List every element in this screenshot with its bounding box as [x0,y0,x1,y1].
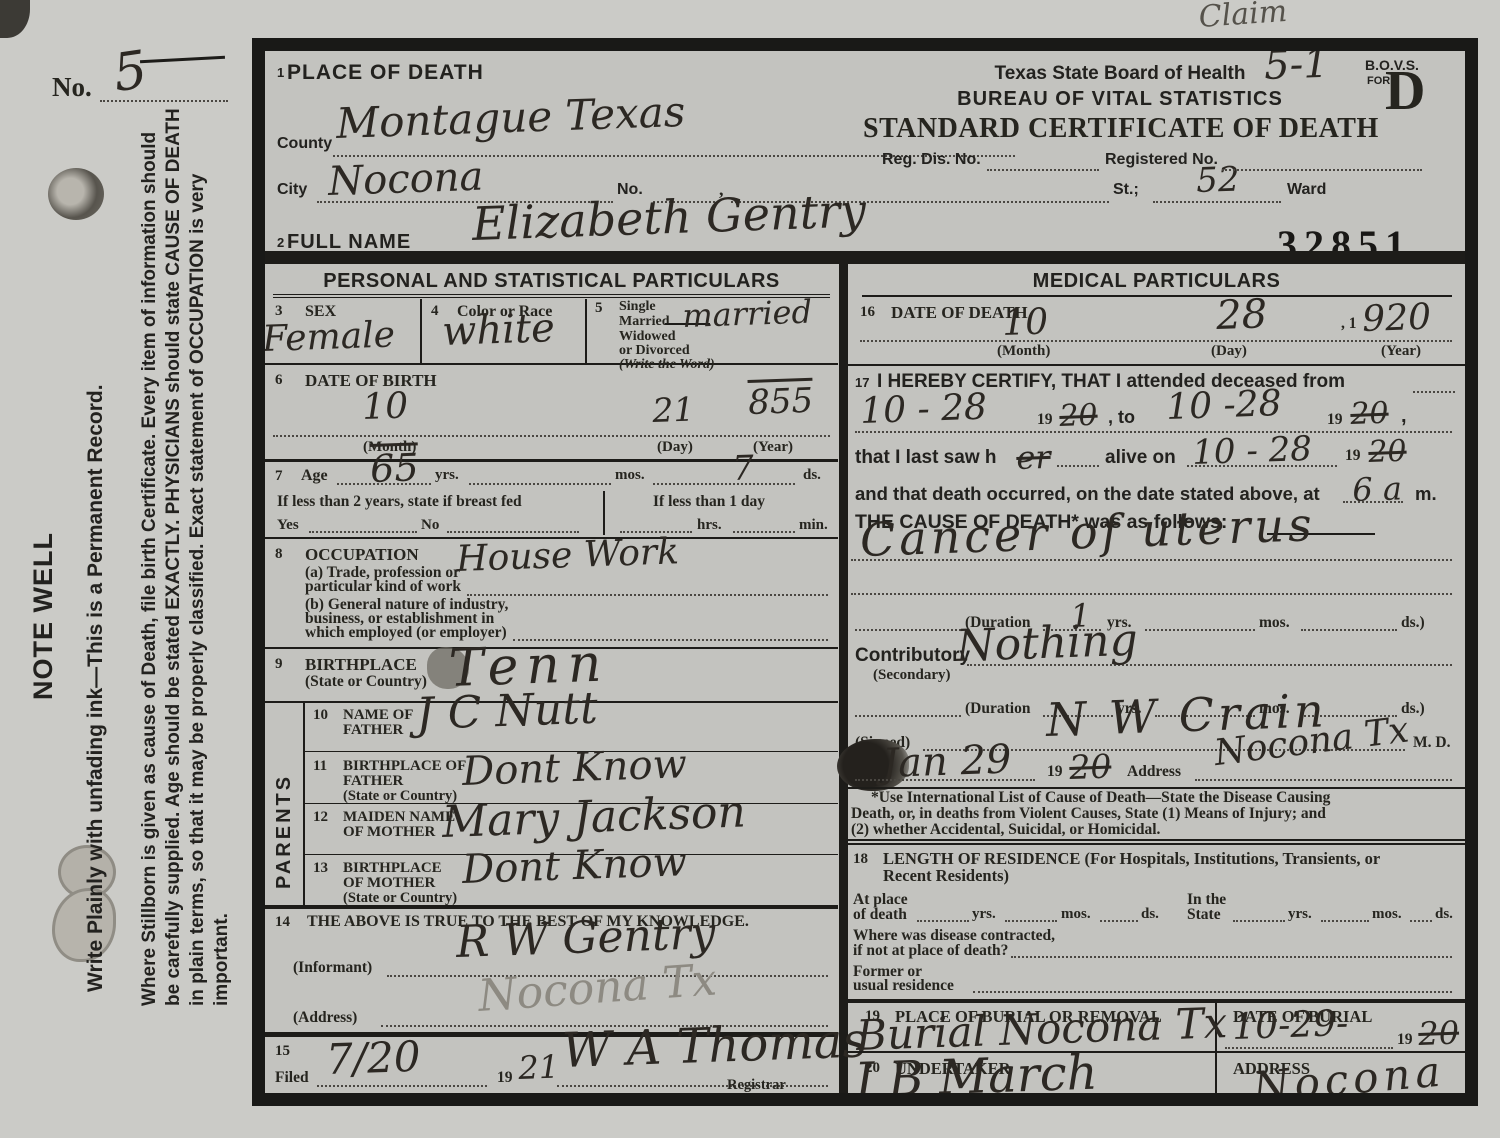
informant-label: (Informant) [293,959,372,977]
residence-label-line2: Recent Residents) [883,866,1009,886]
alive-on-label: alive on [1105,447,1176,469]
instate-mos-label: mos. [1372,906,1402,923]
at-place-label2: of death [853,906,907,924]
certify-to-label: , to [1108,407,1135,428]
dob-year-value: 855 [748,381,814,423]
secondary-label: (Secondary) [873,667,951,684]
no-line [447,531,579,533]
dod-year-prefix: , 1 [1341,315,1357,333]
dob-line [273,435,830,437]
yes-label: Yes [277,517,299,534]
cell-divider [603,491,605,535]
hrs-label: hrs. [697,517,722,534]
from-year-prefix: 19 [1037,411,1053,429]
burial-date-value: 10-29- [1232,1003,1349,1048]
occurred-m-label: m. [1415,483,1437,505]
occupation-a-line [467,594,828,596]
dob-day-value: 21 [652,390,695,430]
dod-day-label: (Day) [1211,343,1247,360]
sign-address-label: Address [1127,763,1181,781]
instate-yrs-line [1233,920,1285,922]
mother-name-value: Mary Jackson [441,786,746,848]
certify-to-value: 10 -28 [1166,383,1283,428]
dod-year-value: 920 [1362,297,1432,340]
certify-number: 17 [855,375,869,390]
instate-ds-label: ds. [1435,906,1453,923]
certificate-title: STANDARD CERTIFICATE OF DEATH [863,113,1375,145]
sign-year-prefix: 19 [1047,763,1063,781]
mother-name-label2: OF MOTHER [343,824,435,841]
duration1-mos-label: mos. [1259,614,1290,632]
dob-year-label: (Year) [753,439,793,456]
filed-year-prefix: 19 [497,1069,513,1087]
contributory-label: Contributory [855,645,970,667]
burial-date-line [1225,1047,1393,1049]
cause-of-death-value: Cancer of uterus [859,497,1316,567]
duration2-lead-line [855,715,961,717]
dod-day-value: 28 [1215,291,1267,339]
filed-date-line [317,1085,487,1087]
cell-divider [420,299,422,363]
from-year-value: 20 [1059,398,1098,434]
saw-year-value: 20 [1368,434,1407,470]
instate-mos-line [1321,920,1369,922]
sign-year-value: 20 [1069,747,1112,787]
age-ds-line [653,483,795,485]
marital-hint: (Write the Word) [619,357,715,373]
saw-year-prefix: 19 [1345,447,1361,465]
father-birthplace-value: Dont Know [461,741,687,795]
place-of-death-label: PLACE OF DEATH [287,61,484,85]
min-label: min. [799,517,828,534]
registrar-label: Registrar [727,1077,786,1094]
dod-month-label: (Month) [997,343,1050,360]
atplace-ds-line [1100,920,1138,922]
race-number: 4 [431,303,439,320]
county-label: County [277,135,332,153]
birthplace-label: BIRTHPLACE [305,655,417,675]
birthplace-hint: (State or Country) [305,673,427,691]
ink-blot [62,200,110,246]
no-label: No. [52,72,92,103]
filed-number: 15 [275,1043,290,1060]
age-yrs-label: yrs. [435,467,459,484]
contributory-value: Nothing [955,615,1138,672]
city-label: City [277,181,307,199]
father-name-label2: FATHER [343,722,403,739]
filed-label: Filed [275,1069,309,1087]
occupation-a-value: House Work [456,531,680,580]
race-value: white [441,305,555,355]
sign-date-line [855,779,1035,781]
truth-number: 14 [275,914,290,931]
atplace-yrs-label: yrs. [972,906,996,923]
heavy-divider [848,839,1465,841]
last-saw-her: er [1016,438,1052,477]
cell-divider [585,299,587,363]
age-yrs-value: 65 [369,445,419,491]
registered-no-line [1222,169,1422,171]
father-birthplace-number: 11 [313,758,327,775]
reg-dis-no-label: Reg. Dis. No. [882,151,981,169]
heavy-divider [848,843,1465,845]
county-value: Montague Texas [335,87,686,148]
md-label: M. D. [1413,734,1450,752]
occupation-a2-label: particular kind of work [305,578,461,596]
full-name-value: Elizabeth Gentry [471,183,867,251]
note-well-label: NOTE WELL [28,530,59,700]
section-divider-bar [265,251,1465,264]
former-residence-label2: usual residence [853,977,954,995]
to-year-value: 20 [1350,396,1389,432]
dod-line [860,340,1452,342]
sign-address-line [1195,779,1452,781]
registrar-line [557,1085,828,1087]
sex-value: Female [262,314,396,360]
marital-single: Single [619,299,656,315]
filed-date-value: 7/20 [325,1032,421,1084]
mother-name-number: 12 [313,809,328,826]
footnote-line3: (2) whether Accidental, Suicidal, or Hom… [851,821,1160,839]
row-divider [848,364,1465,366]
permanent-record-note: Write Plainly with unfading ink—This is … [84,320,108,992]
st-label: St.; [1113,181,1139,199]
reg-dis-no-line [987,169,1099,171]
age-ds-label: ds. [803,467,821,484]
occurred-time-value: 6 a [1352,469,1403,509]
row-divider [265,363,838,365]
to-comma: , [1401,405,1407,428]
atplace-mos-label: mos. [1061,906,1091,923]
in-state-label2: State [1187,906,1221,924]
bureau-title: BUREAU OF VITAL STATISTICS [885,88,1355,111]
marital-number: 5 [595,300,603,317]
certify-from-trail [1413,391,1455,393]
mother-birthplace-value: Dont Know [461,839,687,893]
undertaker-address-value: Nocona [1251,1046,1447,1106]
title-underline [862,295,1452,297]
duration1-ds-line [1301,629,1397,631]
full-name-number: 2 [277,235,284,250]
marital-married: Married [619,314,670,330]
instate-yrs-label: yrs. [1288,906,1312,923]
reg-mark-value: 5-1 [1263,41,1329,89]
mother-birthplace-number: 13 [313,860,328,877]
informant-address-label: (Address) [293,1009,357,1027]
column-divider [839,264,848,1093]
min-line [733,531,795,533]
dob-month-value: 10 [362,385,409,428]
instate-ds-line [1410,920,1432,922]
age-mos-label: mos. [615,467,645,484]
occupation-label: OCCUPATION [305,545,419,565]
filed-year-value: 21 [518,1048,560,1087]
last-saw-label: that I last saw h [855,447,996,469]
age-mos-line [469,483,611,485]
residence-number: 18 [853,851,868,868]
place-of-death-number: 1 [277,65,284,80]
certify-dates-line [855,431,1452,433]
no-flourish [140,56,225,63]
certificate-form: 1 PLACE OF DEATH County Montague Texas C… [252,38,1478,1106]
no-option-label: No [421,517,439,534]
atplace-mos-line [1005,920,1057,922]
age-label: Age [301,467,328,485]
age-number: 7 [275,468,283,485]
claim-annotation: Claim [1198,0,1289,35]
last-saw-date-line [1187,465,1337,467]
atplace-ds-label: ds. [1141,906,1159,923]
contracted-label2: if not at place of death? [853,942,1008,960]
ink-blot [0,0,30,38]
dob-day-label: (Day) [657,439,693,456]
cause-line-1 [851,559,1452,561]
st-line [1153,201,1281,203]
parents-label: PARENTS [273,709,296,889]
marital-value: married [682,292,813,335]
form-letter-d: D [1385,59,1425,123]
father-birthplace-hint: (State or Country) [343,788,457,805]
occupation-number: 8 [275,546,283,563]
to-year-prefix: 19 [1327,411,1343,429]
cause-line-2 [851,593,1452,595]
medical-particulars-title: MEDICAL PARTICULARS [848,270,1465,293]
birthplace-number: 9 [275,656,283,673]
burial-year-prefix: 19 [1397,1031,1413,1049]
father-name-value: J C Nutt [415,683,598,740]
dod-number: 16 [860,304,875,321]
duration1-mos-line [1145,629,1255,631]
certify-from-value: 10 - 28 [860,387,988,432]
form-word: FORM [1367,75,1379,87]
father-name-number: 10 [313,707,328,724]
dod-month-value: 10 [1002,301,1049,344]
registrar-signature: W A Thomas [561,1012,868,1079]
margin-instructions: Where Stillborn is given as cause of Dea… [138,108,234,1006]
last-saw-line [1057,465,1099,467]
personal-particulars-title: PERSONAL AND STATISTICAL PARTICULARS [265,270,838,293]
breastfed-label: If less than 2 years, state if breast fe… [277,493,522,511]
dod-year-label: (Year) [1381,343,1421,360]
registered-no-label: Registered No. [1105,151,1218,169]
no-value: 5 [110,40,151,104]
ward-label: Ward [1287,181,1326,199]
death-certificate-scan: Claim No. 5 NOTE WELL Write Plainly with… [0,0,1500,1138]
former-residence-line [973,991,1452,993]
dob-number: 6 [275,372,283,389]
duration2-label: (Duration [965,700,1030,718]
city-value: Nocona [327,154,484,205]
lessday-label: If less than 1 day [653,493,765,511]
age-ds-value: 7 [732,448,755,489]
yes-line [309,531,417,533]
duration1-lead-line [855,629,961,631]
heavy-divider [265,905,838,909]
duration1-ds-label: ds.) [1401,614,1425,632]
undertaker-signature: J B March [853,1045,1098,1106]
atplace-yrs-line [917,920,969,922]
contracted-line [1011,956,1452,958]
